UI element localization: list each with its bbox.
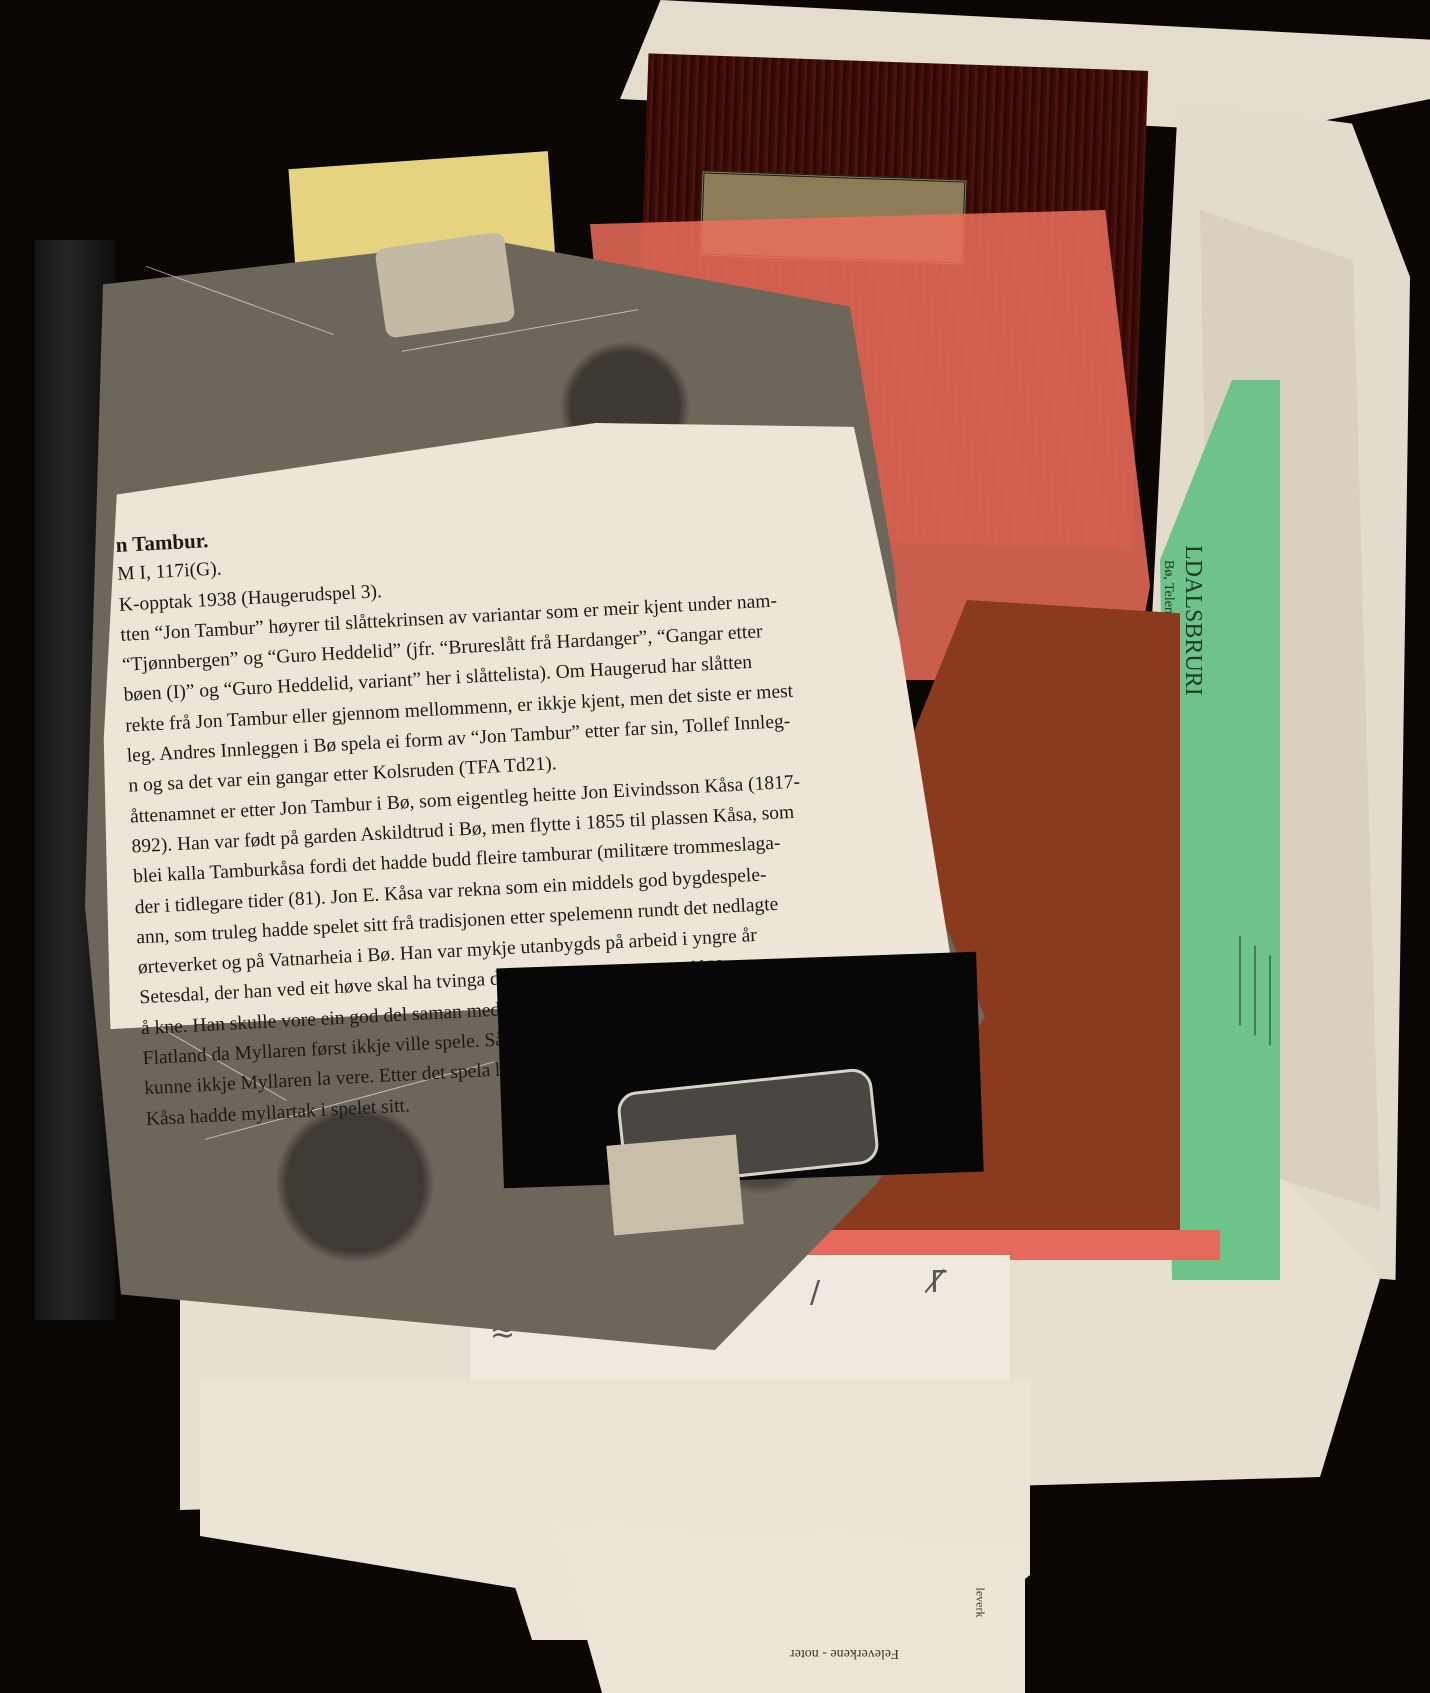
music-staff [1255, 946, 1256, 1036]
bottom-note-sheet [555, 1525, 1025, 1693]
side-label-fragment: leverk [972, 1588, 987, 1618]
feleverkene-label: Feleverkene - noter [790, 1645, 899, 1661]
green-sheet-title: LDALSBRURI [1179, 545, 1206, 696]
music-staff [1270, 956, 1271, 1046]
music-staff [1240, 936, 1241, 1026]
notation-mark: Γ̸ [930, 1265, 947, 1300]
paper-tape-patch [606, 1135, 743, 1236]
notation-mark: / [810, 1275, 820, 1310]
paper-tape-patch [374, 231, 515, 338]
